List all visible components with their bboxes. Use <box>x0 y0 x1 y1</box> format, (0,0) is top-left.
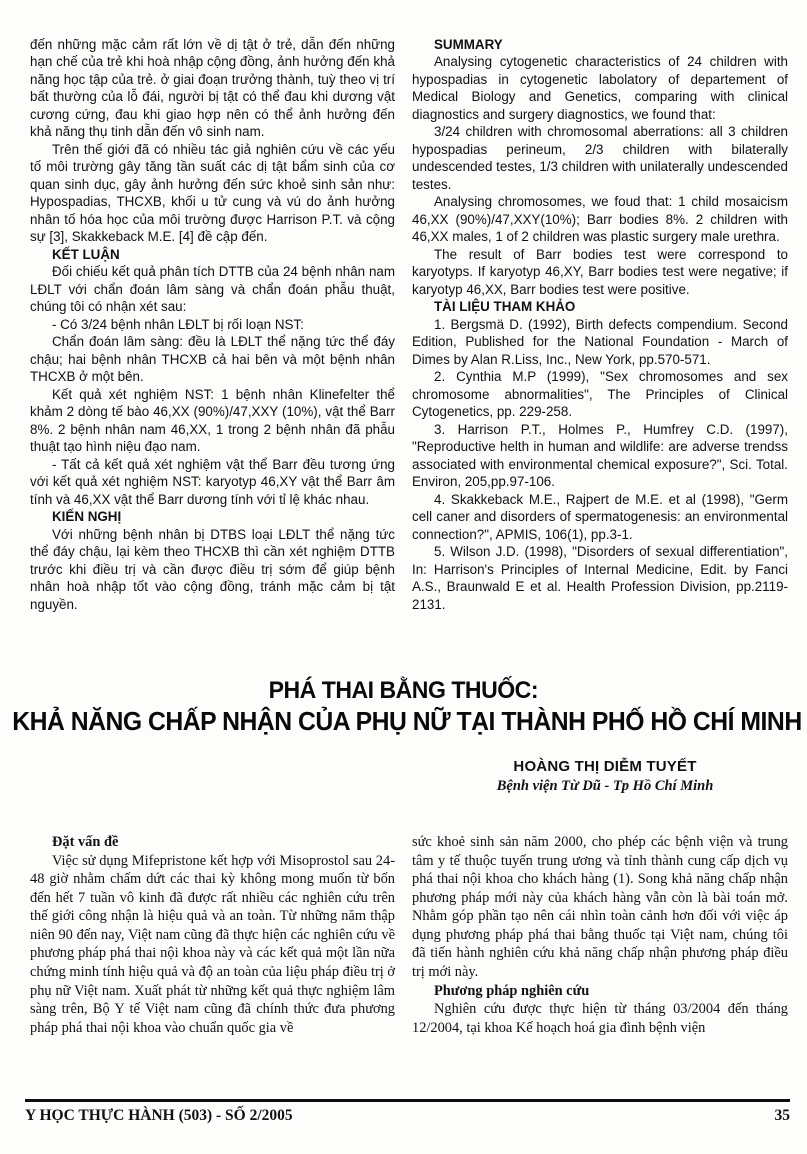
footer-page-number: 35 <box>775 1107 791 1125</box>
paragraph: đến những mặc cảm rất lớn về dị tật ở tr… <box>30 36 395 141</box>
paragraph: The result of Barr bodies test were corr… <box>412 246 788 298</box>
journal-page: đến những mặc cảm rất lớn về dị tật ở tr… <box>0 0 807 1154</box>
paragraph: Chẩn đoán lâm sàng: đều là LĐLT thể nặng… <box>30 333 395 385</box>
heading-kien-nghi: KIẾN NGHỊ <box>30 508 395 525</box>
article2-columns: Đặt vấn đề Việc sử dụng Mifepristone kết… <box>30 833 788 1073</box>
article2-title-line2: KHẢ NĂNG CHẤP NHẬN CỦA PHỤ NỮ TẠI THÀNH … <box>12 706 801 739</box>
reference-item: 5. Wilson J.D. (1998), "Disorders of sex… <box>412 543 788 613</box>
article2-byline: HOÀNG THỊ DIỄM TUYẾT Bệnh viện Từ Dũ - T… <box>430 758 780 795</box>
paragraph: Analysing chromosomes, we foud that: 1 c… <box>412 193 788 245</box>
paragraph: Nghiên cứu được thực hiện từ tháng 03/20… <box>412 1000 788 1037</box>
heading-phuong-phap-nghien-cuu: Phương pháp nghiên cứu <box>412 982 788 1001</box>
article2-title: PHÁ THAI BẰNG THUỐC: KHẢ NĂNG CHẤP NHẬN … <box>0 676 807 739</box>
heading-tai-lieu-tham-khao: TÀI LIỆU THAM KHẢO <box>412 298 788 315</box>
paragraph: Với những bệnh nhân bị DTBS loại LĐLT th… <box>30 526 395 613</box>
paragraph: - Tất cả kết quả xét nghiệm vật thể Barr… <box>30 456 395 508</box>
heading-dat-van-de: Đặt vấn đề <box>30 833 395 852</box>
article2-title-line1: PHÁ THAI BẰNG THUỐC: <box>269 676 538 706</box>
page-footer: Y HỌC THỰC HÀNH (503) - SỐ 2/2005 35 <box>25 1099 790 1125</box>
reference-item: 3. Harrison P.T., Holmes P., Humfrey C.D… <box>412 421 788 491</box>
paragraph: Kết quả xét nghiệm NST: 1 bệnh nhân Klin… <box>30 386 395 456</box>
heading-ket-luan: KẾT LUẬN <box>30 246 395 263</box>
paragraph: sức khoẻ sinh sản năm 2000, cho phép các… <box>412 833 788 982</box>
paragraph: Analysing cytogenetic characteristics of… <box>412 53 788 123</box>
article1-right-column: SUMMARY Analysing cytogenetic characteri… <box>412 36 788 664</box>
article2-author: HOÀNG THỊ DIỄM TUYẾT <box>430 758 780 775</box>
article2-affiliation: Bệnh viện Từ Dũ - Tp Hồ Chí Minh <box>430 778 780 795</box>
reference-item: 4. Skakkeback M.E., Rajpert de M.E. et a… <box>412 491 788 543</box>
article1-left-column: đến những mặc cảm rất lớn về dị tật ở tr… <box>30 36 395 664</box>
paragraph: Việc sử dụng Mifepristone kết hợp với Mi… <box>30 852 395 1038</box>
paragraph: 3/24 children with chromosomal aberratio… <box>412 123 788 193</box>
footer-journal: Y HỌC THỰC HÀNH (503) - SỐ 2/2005 <box>25 1107 293 1125</box>
article1-columns: đến những mặc cảm rất lớn về dị tật ở tr… <box>30 36 788 664</box>
reference-item: 1. Bergsmä D. (1992), Birth defects comp… <box>412 316 788 368</box>
article2-left-column: Đặt vấn đề Việc sử dụng Mifepristone kết… <box>30 833 395 1073</box>
paragraph: Đối chiếu kết quả phân tích DTTB của 24 … <box>30 263 395 315</box>
article2-right-column: sức khoẻ sinh sản năm 2000, cho phép các… <box>412 833 788 1073</box>
heading-summary: SUMMARY <box>412 36 788 53</box>
reference-item: 2. Cynthia M.P (1999), "Sex chromosomes … <box>412 368 788 420</box>
paragraph: - Có 3/24 bệnh nhân LĐLT bị rối loạn NST… <box>30 316 395 333</box>
paragraph: Trên thế giới đã có nhiều tác giả nghiên… <box>30 141 395 246</box>
